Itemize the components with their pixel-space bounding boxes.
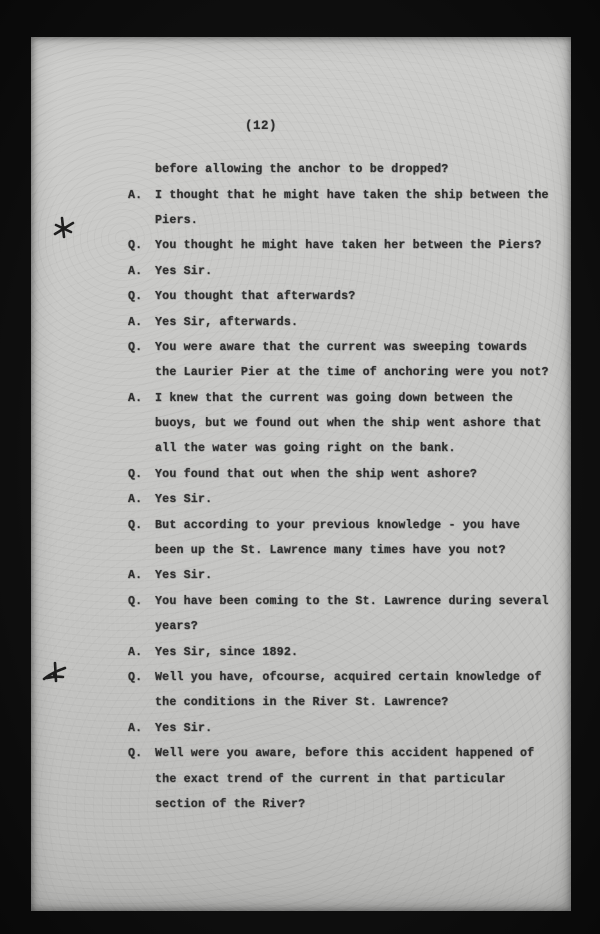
line-text: Yes Sir, since 1892. [155, 646, 558, 659]
qa-marker: A. [128, 493, 155, 506]
line-text: all the water was going right on the ban… [155, 442, 558, 455]
line-text: the exact trend of the current in that p… [155, 773, 558, 786]
qa-marker: Q. [128, 519, 155, 532]
qa-marker: A. [128, 569, 155, 582]
line-text: You thought that afterwards? [155, 290, 558, 303]
line-text: years? [155, 620, 558, 633]
qa-marker: A. [128, 265, 155, 278]
transcript-line: the exact trend of the current in that p… [128, 766, 558, 791]
page-number: (12) [245, 119, 277, 133]
line-text: Yes Sir. [155, 493, 558, 506]
line-text: Piers. [155, 214, 558, 227]
line-text: I knew that the current was going down b… [155, 392, 558, 405]
line-text: I thought that he might have taken the s… [155, 189, 558, 202]
transcript-line: Q.You thought that afterwards? [128, 284, 558, 309]
line-text: You found that out when the ship went as… [155, 468, 558, 481]
line-text: buoys, but we found out when the ship we… [155, 417, 558, 430]
transcript-line: Q.You were aware that the current was sw… [128, 335, 558, 360]
qa-marker: A. [128, 189, 155, 202]
transcript-line: Piers. [128, 208, 558, 233]
line-text: before allowing the anchor to be dropped… [155, 163, 558, 176]
line-text: You thought he might have taken her betw… [155, 239, 558, 252]
line-text: You have been coming to the St. Lawrence… [155, 595, 558, 608]
qa-marker: A. [128, 646, 155, 659]
transcript-line: all the water was going right on the ban… [128, 436, 558, 461]
transcript-line: Q.You found that out when the ship went … [128, 462, 558, 487]
transcript-line: the conditions in the River St. Lawrence… [128, 690, 558, 715]
transcript-line: A.Yes Sir, since 1892. [128, 639, 558, 664]
line-text: Well you have, ofcourse, acquired certai… [155, 671, 558, 684]
transcript-line: A.Yes Sir. [128, 259, 558, 284]
qa-marker: Q. [128, 239, 155, 252]
transcript-line: Q.Well you have, ofcourse, acquired cert… [128, 665, 558, 690]
transcript-line: A.Yes Sir. [128, 716, 558, 741]
transcript-line: A.I knew that the current was going down… [128, 386, 558, 411]
line-text: Yes Sir, afterwards. [155, 316, 558, 329]
scanned-document: (12) before allowing the anchor to be dr… [0, 0, 600, 934]
line-text: Yes Sir. [155, 569, 558, 582]
qa-marker: A. [128, 392, 155, 405]
paper-page: (12) before allowing the anchor to be dr… [31, 37, 571, 911]
qa-marker: A. [128, 316, 155, 329]
transcript-line: buoys, but we found out when the ship we… [128, 411, 558, 436]
transcript-line: A.I thought that he might have taken the… [128, 182, 558, 207]
line-text: section of the River? [155, 798, 558, 811]
transcript-line: Q.Well were you aware, before this accid… [128, 741, 558, 766]
line-text: You were aware that the current was swee… [155, 341, 558, 354]
transcript-line: been up the St. Lawrence many times have… [128, 538, 558, 563]
qa-marker: Q. [128, 595, 155, 608]
transcript-line: years? [128, 614, 558, 639]
line-text: Yes Sir. [155, 722, 558, 735]
margin-asterisk-icon [49, 213, 79, 243]
qa-marker: Q. [128, 290, 155, 303]
transcript-line: Q.You thought he might have taken her be… [128, 233, 558, 258]
transcript-line: the Laurier Pier at the time of anchorin… [128, 360, 558, 385]
line-text: Well were you aware, before this acciden… [155, 747, 558, 760]
transcript-line: A.Yes Sir. [128, 487, 558, 512]
line-text: But according to your previous knowledge… [155, 519, 558, 532]
line-text: been up the St. Lawrence many times have… [155, 544, 558, 557]
margin-asterisk-icon [39, 659, 71, 689]
transcript-line: Q.You have been coming to the St. Lawren… [128, 589, 558, 614]
transcript-line: Q.But according to your previous knowled… [128, 512, 558, 537]
qa-marker: Q. [128, 341, 155, 354]
line-text: the conditions in the River St. Lawrence… [155, 696, 558, 709]
transcript-line: A.Yes Sir, afterwards. [128, 309, 558, 334]
transcript-line: section of the River? [128, 792, 558, 817]
transcript-line: before allowing the anchor to be dropped… [128, 157, 558, 182]
qa-marker: Q. [128, 671, 155, 684]
line-text: Yes Sir. [155, 265, 558, 278]
qa-marker: Q. [128, 747, 155, 760]
qa-marker: Q. [128, 468, 155, 481]
transcript-line: A.Yes Sir. [128, 563, 558, 588]
transcript-text-block: before allowing the anchor to be dropped… [128, 157, 558, 817]
qa-marker: A. [128, 722, 155, 735]
line-text: the Laurier Pier at the time of anchorin… [155, 366, 558, 379]
